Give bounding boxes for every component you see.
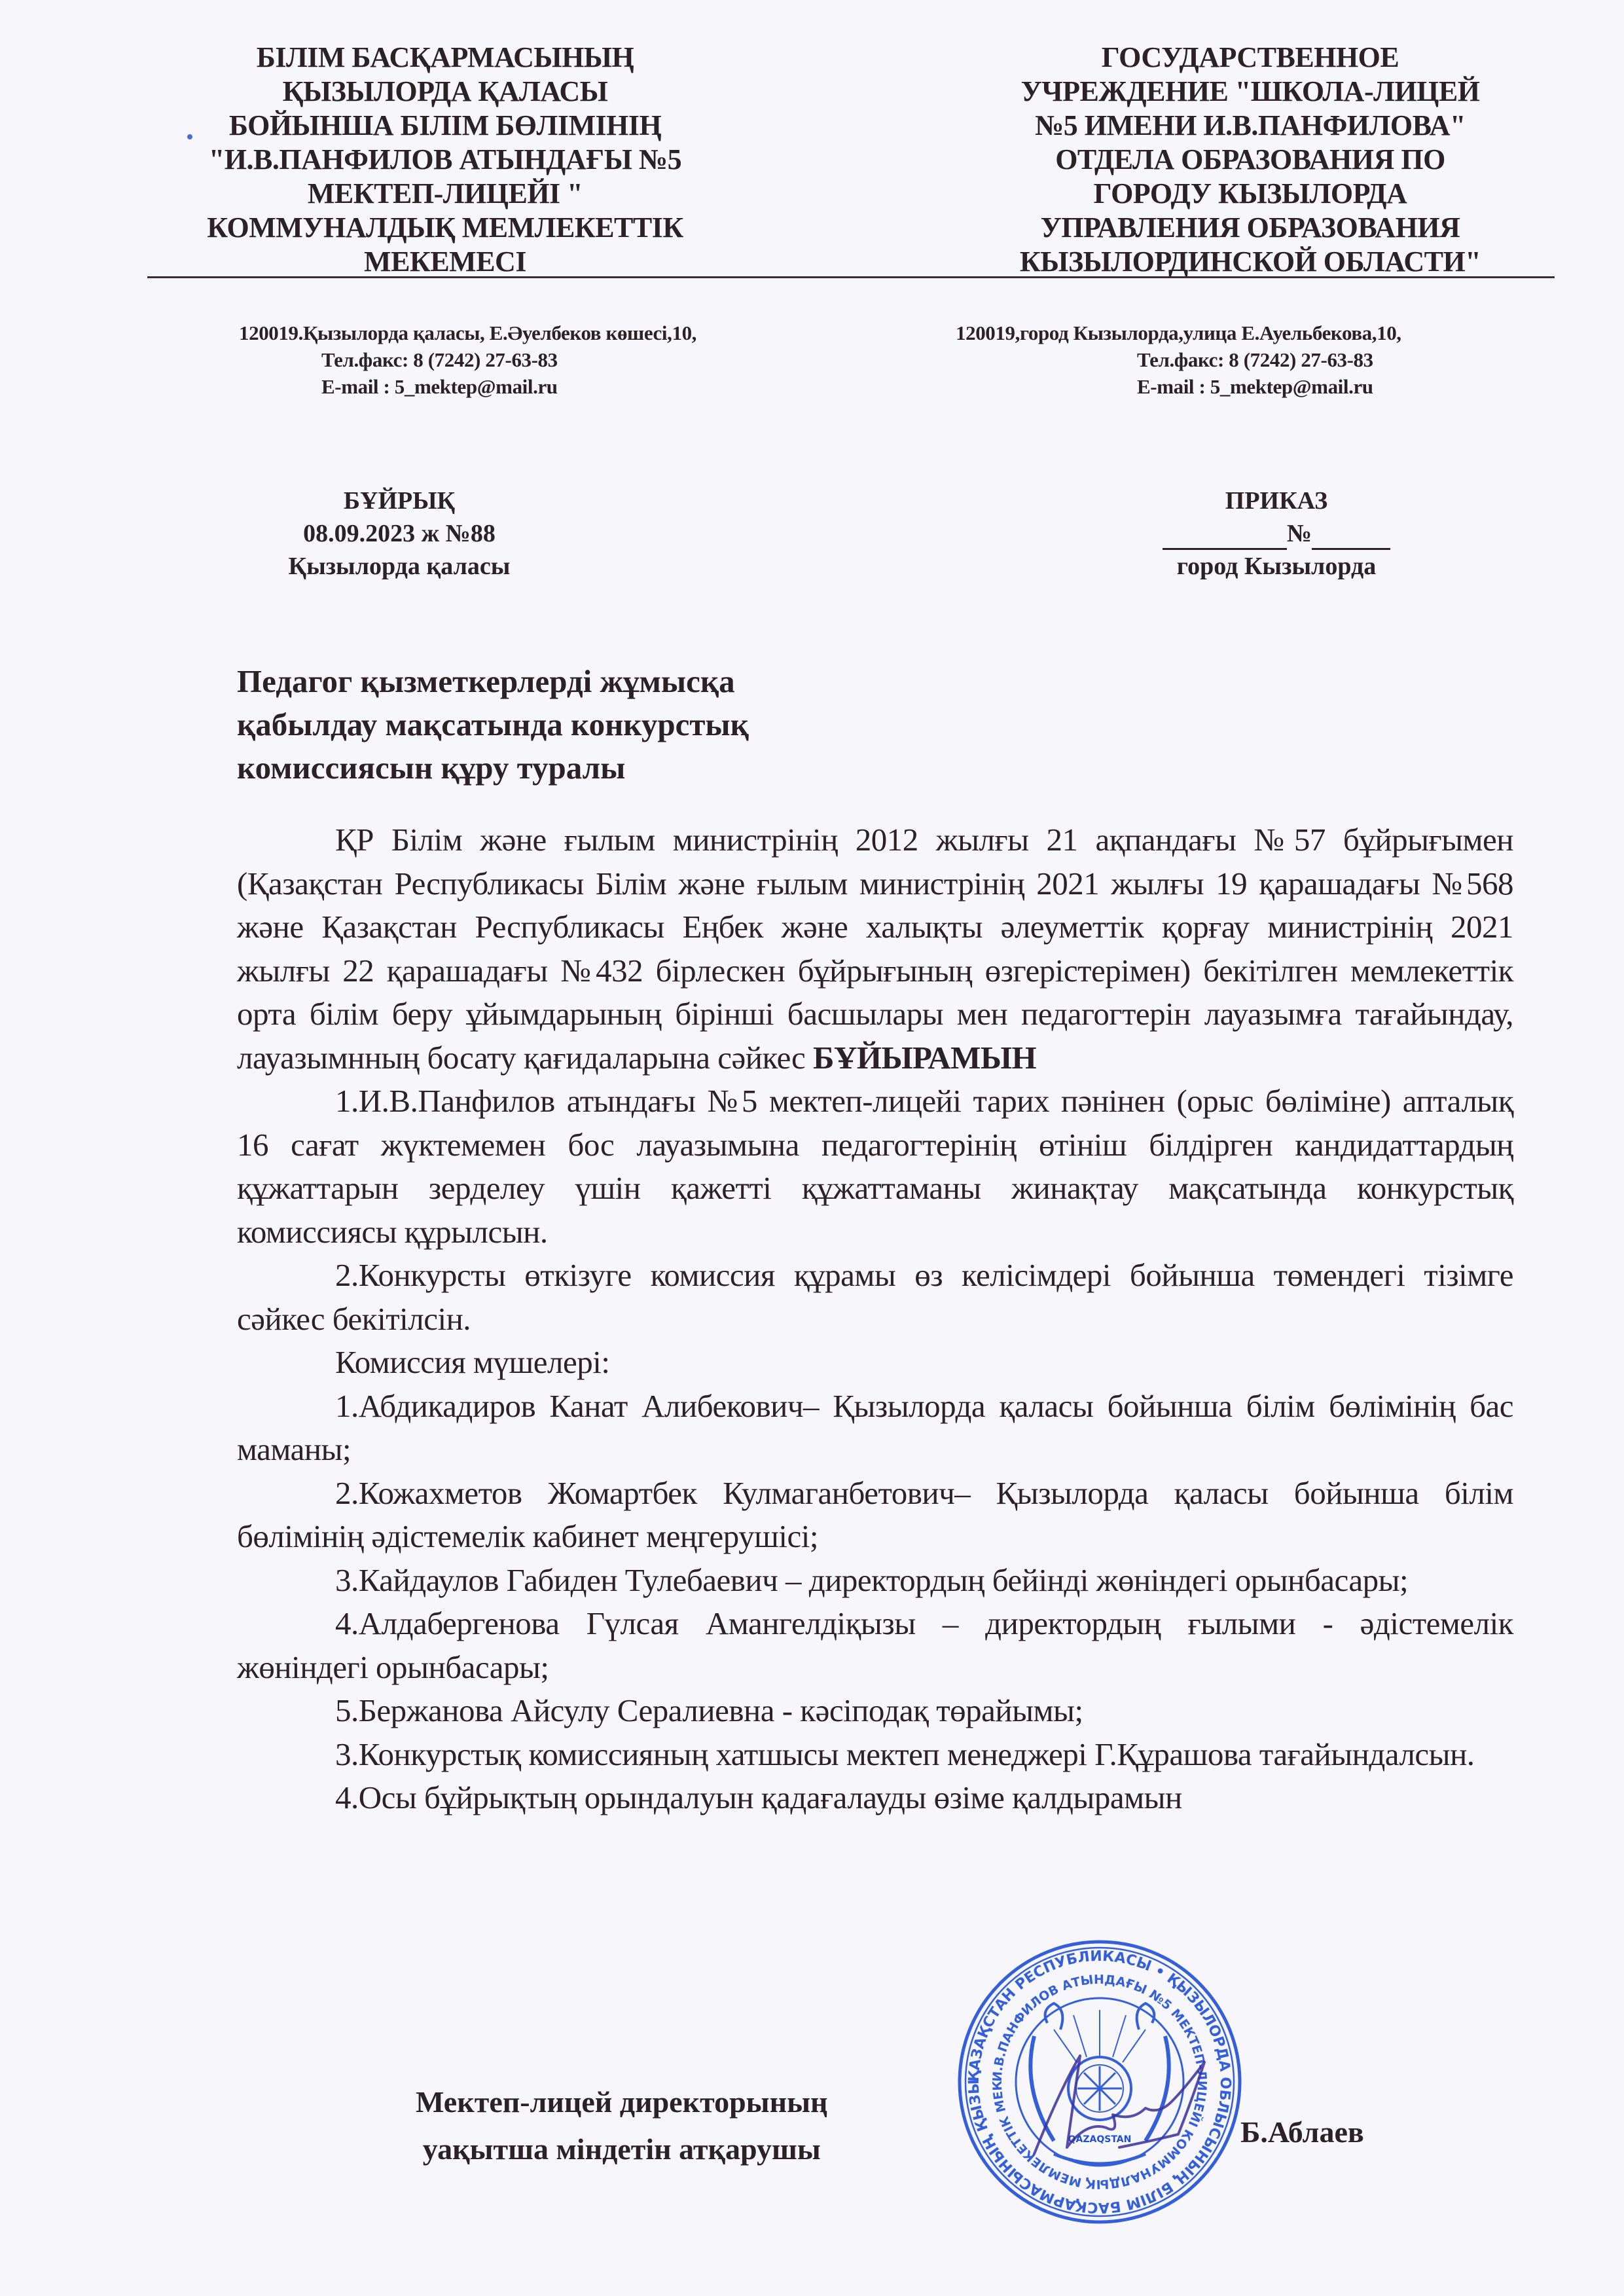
order-russian: ПРИКАЗ № город Кызылорда	[1139, 484, 1414, 583]
item-3: 3.Конкурстық комиссияның хатшысы мектеп …	[237, 1733, 1513, 1777]
header-line: БІЛІМ БАСҚАРМАСЫНЫҢ	[157, 41, 733, 75]
item-2: 2.Конкурсты өткізуге комиссия құрамы өз …	[237, 1254, 1513, 1341]
member-item: 3.Кайдаулов Габиден Тулебаевич – директо…	[237, 1559, 1513, 1603]
order-date-number: 08.09.2023 ж №88	[255, 517, 543, 550]
document-page: БІЛІМ БАСҚАРМАСЫНЫҢ ҚЫЗЫЛОРДА ҚАЛАСЫ БОЙ…	[0, 0, 1624, 2296]
header-line: КЫЗЫЛОРДИНСКОЙ ОБЛАСТИ"	[943, 245, 1558, 279]
address-kazakh: 120019.Қызылорда қаласы, Е.Әуелбеков көш…	[239, 319, 696, 400]
number-sign: №	[1287, 520, 1312, 547]
address-email: E-mail : 5_mektep@mail.ru	[956, 373, 1401, 400]
title-line: комиссиясын құру туралы	[237, 746, 749, 790]
header-divider	[147, 276, 1555, 278]
document-title: Педагог қызметкерлерді жұмысқа қабылдау …	[237, 660, 749, 790]
address-russian: 120019,город Кызылорда,улица Е.Ауельбеко…	[956, 319, 1401, 400]
header-line: №5 ИМЕНИ И.В.ПАНФИЛОВА"	[943, 109, 1558, 143]
preamble-paragraph: ҚР Білім және ғылым министрінің 2012 жыл…	[237, 818, 1513, 1080]
header-line: ГОРОДУ КЫЗЫЛОРДА	[943, 177, 1558, 211]
order-city: город Кызылорда	[1139, 550, 1414, 583]
order-city: Қызылорда қаласы	[255, 550, 543, 583]
address-phone: Тел.факс: 8 (7242) 27-63-83	[956, 346, 1401, 373]
signature-position: Мектеп-лицей директорының уақытша міндет…	[416, 2079, 828, 2173]
header-line: ҚЫЗЫЛОРДА ҚАЛАСЫ	[157, 75, 733, 109]
order-kazakh: БҰЙРЫҚ 08.09.2023 ж №88 Қызылорда қаласы	[255, 484, 543, 583]
order-word: БҰЙЫРАМЫН	[813, 1040, 1036, 1076]
order-label: ПРИКАЗ	[1139, 484, 1414, 517]
header-line: УПРАВЛЕНИЯ ОБРАЗОВАНИЯ	[943, 211, 1558, 245]
header-line: ГОСУДАРСТВЕННОЕ	[943, 41, 1558, 75]
handwritten-signature-icon	[1021, 2049, 1218, 2160]
header-kazakh: БІЛІМ БАСҚАРМАСЫНЫҢ ҚЫЗЫЛОРДА ҚАЛАСЫ БОЙ…	[157, 41, 733, 279]
header-line: МЕКЕМЕСІ	[157, 245, 733, 279]
signer-name: Б.Аблаев	[1240, 2115, 1364, 2149]
item-1: 1.И.В.Панфилов атындағы №5 мектеп-лицейі…	[237, 1080, 1513, 1254]
order-number-line: №	[1139, 517, 1414, 550]
position-line-2: уақытша міндетін атқарушы	[416, 2126, 828, 2173]
title-line: Педагог қызметкерлерді жұмысқа	[237, 660, 749, 703]
blank-line	[1312, 526, 1390, 550]
document-body: ҚР Білім және ғылым министрінің 2012 жыл…	[237, 818, 1513, 1820]
address-street: 120019.Қызылорда қаласы, Е.Әуелбеков көш…	[239, 319, 696, 346]
address-phone: Тел.факс: 8 (7242) 27-63-83	[239, 346, 696, 373]
address-street: 120019,город Кызылорда,улица Е.Ауельбеко…	[956, 319, 1401, 346]
member-item: 1.Абдикадиров Канат Алибекович– Қызылорд…	[237, 1385, 1513, 1472]
member-item: 5.Бержанова Айсулу Сералиевна - кәсіпода…	[237, 1689, 1513, 1733]
header-line: ОТДЕЛА ОБРАЗОВАНИЯ ПО	[943, 143, 1558, 177]
scan-speck	[187, 134, 192, 139]
address-email: E-mail : 5_mektep@mail.ru	[239, 373, 696, 400]
header-line: БОЙЫНША БІЛІМ БӨЛІМІНІҢ	[157, 109, 733, 143]
member-item: 2.Кожахметов Жомартбек Кулмаганбетович– …	[237, 1472, 1513, 1559]
item-4: 4.Осы бұйрықтың орындалуын қадағалауды ө…	[237, 1776, 1513, 1820]
blank-line	[1163, 526, 1287, 550]
header-line: "И.В.ПАНФИЛОВ АТЫНДАҒЫ №5	[157, 143, 733, 177]
header-russian: ГОСУДАРСТВЕННОЕ УЧРЕЖДЕНИЕ "ШКОЛА-ЛИЦЕЙ …	[943, 41, 1558, 279]
members-heading: Комиссия мүшелері:	[237, 1341, 1513, 1385]
header-line: КОММУНАЛДЫҚ МЕМЛЕКЕТТІК	[157, 211, 733, 245]
preamble-text: ҚР Білім және ғылым министрінің 2012 жыл…	[237, 822, 1513, 1076]
position-line-1: Мектеп-лицей директорының	[416, 2079, 828, 2126]
order-label: БҰЙРЫҚ	[255, 484, 543, 517]
member-item: 4.Алдабергенова Гүлсая Амангелдіқызы – д…	[237, 1602, 1513, 1689]
title-line: қабылдау мақсатында конкурстық	[237, 703, 749, 746]
header-line: МЕКТЕП-ЛИЦЕЙІ "	[157, 177, 733, 211]
header-line: УЧРЕЖДЕНИЕ "ШКОЛА-ЛИЦЕЙ	[943, 75, 1558, 109]
